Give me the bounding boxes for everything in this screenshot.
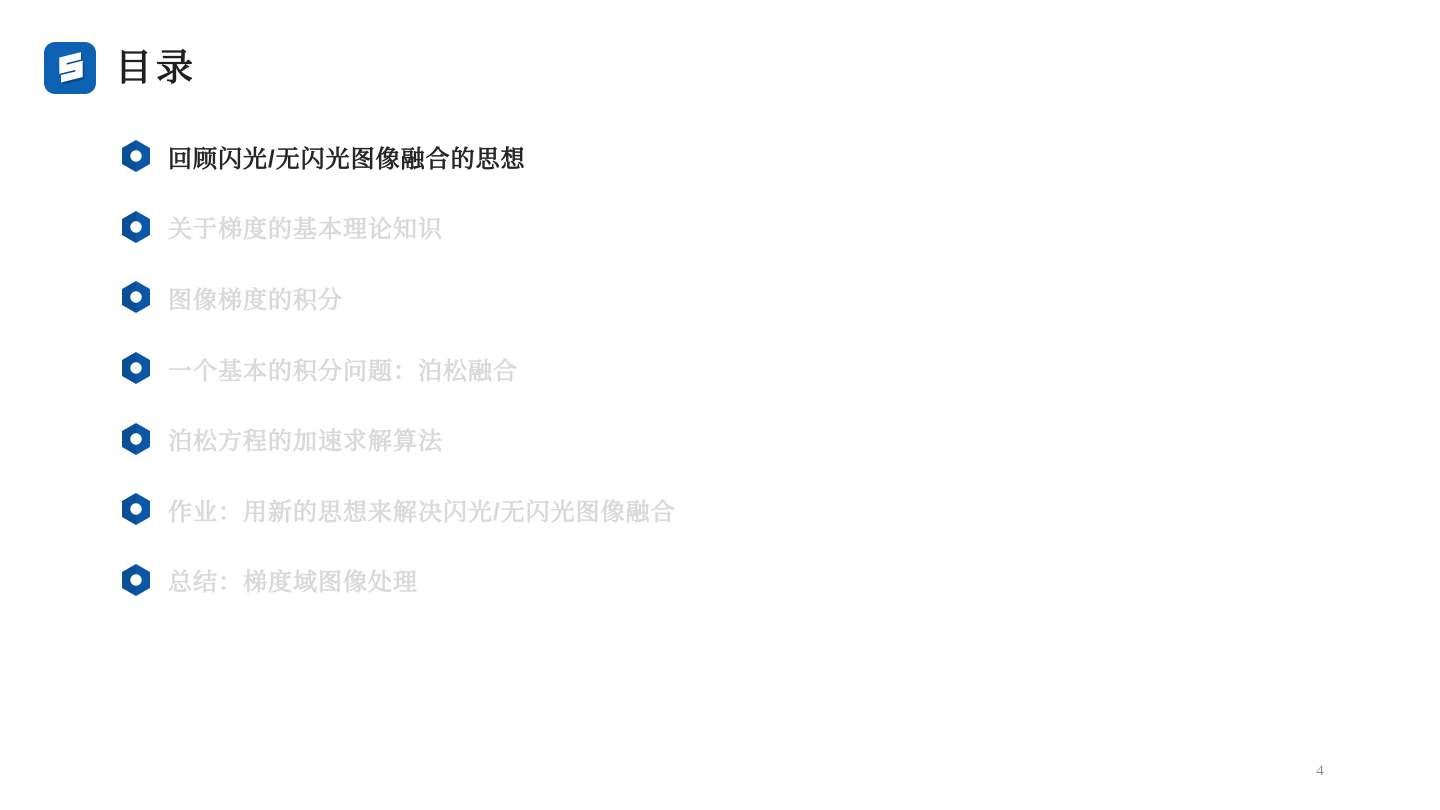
hexagon-bullet-icon [122, 281, 150, 313]
hexagon-bullet-icon [122, 423, 150, 455]
toc-item-label: 泊松方程的加速求解算法 [168, 421, 443, 456]
toc-list: 回顾闪光/无闪光图像融合的思想 关于梯度的基本理论知识 图像梯度的积分 [122, 121, 676, 615]
toc-item-6: 作业：用新的思想来解决闪光/无闪光图像融合 [122, 474, 676, 545]
hexagon-bullet-icon [122, 493, 150, 525]
toc-item-2: 关于梯度的基本理论知识 [122, 192, 676, 263]
hexagon-bullet-icon [122, 564, 150, 596]
slide: 目录 回顾闪光/无闪光图像融合的思想 关于梯度的基本理论知识 [0, 0, 1440, 810]
slide-header: 目录 [44, 42, 197, 94]
toc-item-label: 图像梯度的积分 [168, 280, 343, 315]
logo-s-icon [44, 42, 96, 94]
toc-item-1: 回顾闪光/无闪光图像融合的思想 [122, 121, 676, 192]
hexagon-bullet-icon [122, 140, 150, 172]
hexagon-bullet-icon [122, 211, 150, 243]
page-number: 4 [1300, 763, 1340, 780]
toc-item-label: 总结：梯度域图像处理 [168, 562, 418, 597]
toc-item-5: 泊松方程的加速求解算法 [122, 403, 676, 474]
toc-item-7: 总结：梯度域图像处理 [122, 545, 676, 616]
toc-item-label: 关于梯度的基本理论知识 [168, 209, 443, 244]
hexagon-bullet-icon [122, 352, 150, 384]
toc-item-label: 回顾闪光/无闪光图像融合的思想 [168, 139, 526, 174]
toc-item-label: 作业：用新的思想来解决闪光/无闪光图像融合 [168, 492, 676, 527]
page-title: 目录 [115, 42, 197, 94]
toc-item-label: 一个基本的积分问题：泊松融合 [168, 351, 518, 386]
toc-item-4: 一个基本的积分问题：泊松融合 [122, 333, 676, 404]
toc-item-3: 图像梯度的积分 [122, 262, 676, 333]
